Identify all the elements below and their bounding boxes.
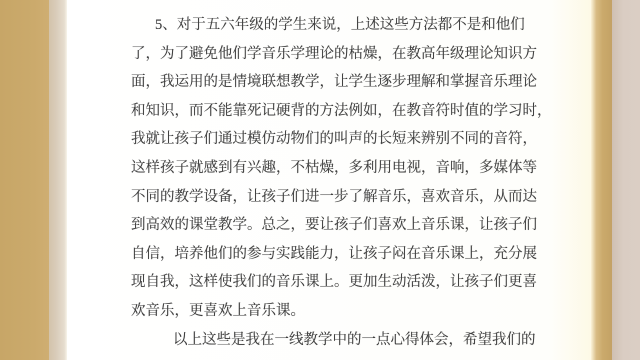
screenshot-stage: 5、对于五六年级的学生来说，上述这些方法都不是和他们 了，为了避免他们学音乐学理… bbox=[0, 0, 640, 360]
text-line: 这样孩子就感到有兴趣，不枯燥，多利用电视，音响，多媒体等 bbox=[131, 154, 522, 183]
document-text-block: 5、对于五六年级的学生来说，上述这些方法都不是和他们 了，为了避免他们学音乐学理… bbox=[131, 11, 522, 354]
text-line: 我就让孩子们通过模仿动物们的叫声的长短来辨别不同的音符， bbox=[131, 125, 522, 154]
text-line: 到高效的课堂教学。总之，要让孩子们喜欢上音乐课，让孩子们 bbox=[131, 211, 522, 240]
text-line: 不同的教学设备，让孩子们进一步了解音乐，喜欢音乐，从而达 bbox=[131, 183, 522, 212]
text-line: 5、对于五六年级的学生来说，上述这些方法都不是和他们 bbox=[131, 11, 522, 40]
text-line: 面，我运用的是情境联想教学，让学生逐步理解和掌握音乐理论 bbox=[131, 68, 522, 97]
background-left-beige-strip bbox=[49, 0, 67, 360]
text-line: 了，为了避免他们学音乐学理论的枯燥，在教高年级理论知识方 bbox=[131, 40, 522, 69]
text-line: 以上这些是我在一线教学中的一点心得体会，希望我们的 bbox=[131, 326, 522, 355]
text-line: 和知识，而不能靠死记硬背的方法例如，在教音符时值的学习时， bbox=[131, 97, 522, 126]
background-right-gold-strip bbox=[591, 0, 612, 360]
text-line: 欢音乐，更喜欢上音乐课。 bbox=[131, 297, 522, 326]
text-line: 现自我，这样使我们的音乐课上。更加生动活泼，让孩子们更喜 bbox=[131, 268, 522, 297]
background-left-gold-strip bbox=[0, 0, 49, 360]
background-right-beige-strip bbox=[612, 0, 640, 360]
text-line: 自信，培养他们的参与实践能力，让孩子闷在音乐课上，充分展 bbox=[131, 240, 522, 269]
